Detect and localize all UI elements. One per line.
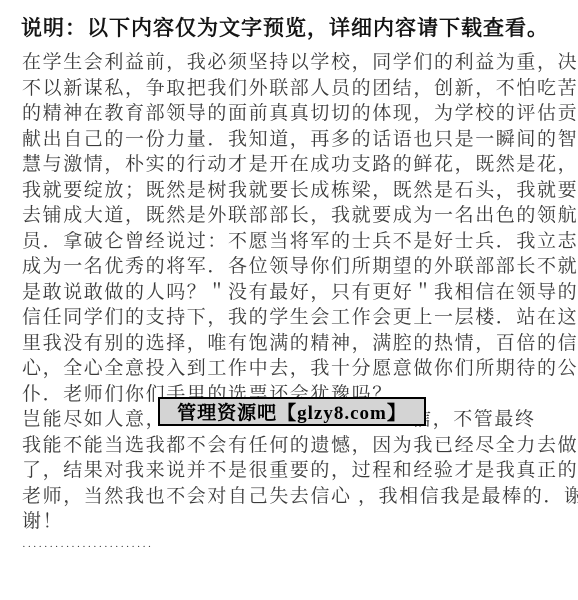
text-line: 去铺成大道，既然是外联部部长，我就要成为一名出色的领航 (22, 203, 562, 229)
text-line: 献出自己的一份力量．我知道，再多的话语也只是一瞬间的智 (22, 127, 562, 153)
preview-notice-heading: 说明：以下内容仅为文字预览，详细内容请下载查看。 (21, 12, 549, 42)
text-segment-right: 信，不管最终 (412, 407, 536, 433)
text-segment-left: 岂能尽如人意， (22, 409, 166, 430)
text-line: 在学生会利益前，我必须坚持以学校，同学们的利益为重，决 (22, 50, 562, 76)
ellipsis-row: ························ (22, 535, 562, 561)
text-line: 员．拿破仑曾经说过：不愿当将军的士兵不是好士兵．我立志 (22, 229, 562, 255)
text-line: 慧与激情，朴实的行动才是开在成功支路的鲜花，既然是花， (22, 152, 562, 178)
text-line: 信任同学们的支持下，我的学生会工作会更上一层楼．站在这 (22, 305, 562, 331)
text-line: 我就要绽放；既然是树我就要长成栋梁，既然是石头，我就要 (22, 178, 562, 204)
document-preview-text: 在学生会利益前，我必须坚持以学校，同学们的利益为重，决 不以新谋私，争取把我们外… (22, 50, 562, 560)
site-watermark-banner[interactable]: 管理资源吧【glzy8.com】 (158, 397, 426, 426)
text-line: 老师，当然我也不会对自己失去信心 ，我相信我是最棒的．谢 (22, 484, 562, 510)
text-line: 的精神在教育部领导的面前真真切切的体现，为学校的评估贡 (22, 101, 562, 127)
text-line: 成为一名优秀的将军．各位领导你们所期望的外联部部长不就 (22, 254, 562, 280)
text-line: 我能不能当选我都不会有任何的遗憾，因为我已经尽全力去做 (22, 433, 562, 459)
text-line: 谢！ (22, 509, 562, 535)
text-line: 里我没有别的选择，唯有饱满的精神，满腔的热情，百倍的信 (22, 331, 562, 357)
text-line: 是敢说敢做的人吗？＂没有最好，只有更好＂我相信在领导的 (22, 280, 562, 306)
text-line: 不以新谋私，争取把我们外联部人员的团结，创新，不怕吃苦 (22, 76, 562, 102)
text-line: 心，全心全意投入到工作中去，我十分愿意做你们所期待的公 (22, 356, 562, 382)
text-line: 了，结果对我来说并不是很重要的，过程和经验才是我真正的 (22, 458, 562, 484)
